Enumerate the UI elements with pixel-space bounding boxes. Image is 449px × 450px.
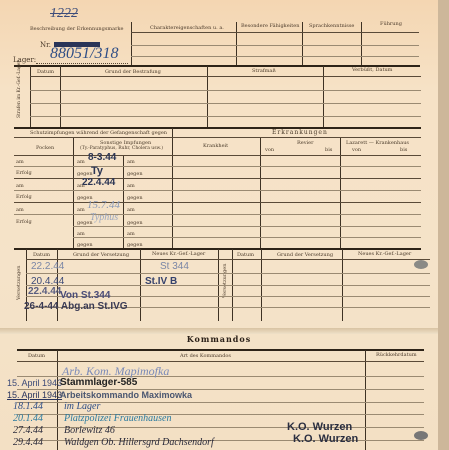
sonst-b-gegen-1: gegen	[127, 171, 143, 177]
strafen-side-label: Strafen im Kr.-Gef.-Lager	[17, 68, 23, 118]
erk-col-krankheit: Krankheit	[203, 143, 228, 149]
vers-right-col-grund: Grund der Versetzung	[277, 252, 333, 258]
kom-row-1-art: Stammlager-585	[60, 377, 137, 388]
strafen-col-datum: Datum	[37, 69, 54, 75]
vers-stamp-date: 22.4.44	[28, 286, 61, 297]
sonst-a-am-1: am	[77, 159, 85, 165]
kom-row-6-datum: 29.4.44	[13, 437, 43, 448]
pocken-am-2: am	[16, 183, 24, 189]
impf-stamp-date-1: 8-3.44	[88, 152, 116, 163]
vers-stamp-von: Von St.344	[60, 290, 110, 301]
impf-hand-date-3: 15.7.44	[87, 199, 120, 211]
erk-lazarett-von: von	[352, 147, 361, 153]
col-faehigkeiten: Besondere Fähigkeiten	[241, 23, 299, 29]
col-charakter: Charaktereigenschaften u. a.	[150, 25, 224, 31]
paper-edge	[438, 0, 449, 450]
kom-row-6-art: Waldgen Ob. Hillersgrd Dachsendorf	[64, 437, 214, 448]
sonst-b-am-2: am	[127, 183, 135, 189]
pocken-am-3: am	[16, 207, 24, 213]
sonst-a-am-3: am	[77, 207, 85, 213]
punch-hole	[414, 260, 428, 269]
impf-stamp-ty: Ty	[91, 165, 103, 177]
col-fuehrung: Führung	[380, 21, 402, 27]
vers-stamp-abgang: 26-4-44 Abg.an St.IVG	[24, 301, 128, 312]
strafen-col-grund: Grund der Bestrafung	[105, 69, 161, 75]
vers-datum-1: 22.2.44	[31, 261, 64, 272]
lager-dotted-line	[36, 63, 128, 64]
erk-revier-bis: bis	[325, 147, 332, 153]
vers-left-col-grund: Grund der Versetzung	[73, 252, 129, 258]
versetzungen-side-label-right: Versetzungen	[222, 264, 228, 299]
kom-row-2-art: Arbeitskommando Maximowka	[60, 390, 192, 400]
kom-col-rueckkehr: Rückkehrdatum	[376, 352, 417, 358]
vers-lager-2: St.IV B	[145, 276, 177, 287]
impfungen-title: Schutzimpfungen während der Gefangenscha…	[30, 130, 167, 136]
kommandos-title: Kommandos	[0, 334, 438, 344]
sonst-b-gegen-2: gegen	[127, 195, 143, 201]
kom-row-1-datum: 15. April 1943	[7, 378, 62, 388]
kom-row-5-art: Borlewitz 46	[64, 425, 115, 436]
kom-row-2-datum: 15. April 1943	[7, 390, 62, 400]
kom-row-4-datum: 20.1.44	[13, 413, 43, 424]
vers-left-col-lager: Neues Kr.-Gef.-Lager	[152, 251, 205, 257]
crossed-number: 1222	[50, 6, 78, 22]
kom-col-datum: Datum	[28, 353, 45, 359]
versetzungen-side-label-left: Versetzungen	[16, 266, 22, 301]
erkrankungen-title: Erkrankungen	[272, 129, 328, 136]
col-sprachen: Sprachkenntnisse	[309, 23, 354, 29]
vers-lager-1: St 344	[160, 261, 189, 272]
kom-row-4-art: Platzpolizei Frauenhausen	[64, 413, 172, 424]
erk-revier-von: von	[265, 147, 274, 153]
kom-row-5-datum: 27.4.44	[13, 425, 43, 436]
impf-stamp-date-2: 22.4.44	[82, 177, 115, 188]
pocken-erfolg-3: Erfolg	[16, 219, 32, 225]
erk-col-lazarett: Lazarett — Krankenhaus	[346, 140, 409, 146]
impf-col-sonstige-sub: (Ty.-Paratyphus, Ruhr, Cholera usw.)	[80, 146, 163, 151]
vers-right-col-datum: Datum	[237, 252, 254, 258]
document-page: 1222 Beschreibung der Erkennungsmarke Nr…	[0, 0, 438, 450]
sonst-b-am-1: am	[127, 159, 135, 165]
impf-hand-typhus: Typhus	[90, 212, 118, 223]
strafen-col-strafmass: Strafmaß	[252, 68, 276, 74]
pow-number: 88051/318	[50, 45, 118, 63]
vers-left-col-datum: Datum	[33, 252, 50, 258]
pocken-erfolg-2: Erfolg	[16, 194, 32, 200]
sonst-b-am-3: am	[127, 207, 135, 213]
ko-wurzen-stamp-1: K.O. Wurzen	[287, 421, 352, 433]
pocken-erfolg-1: Erfolg	[16, 170, 32, 176]
vers-right-col-lager: Neues Kr.-Gef.-Lager	[358, 251, 411, 257]
kom-row-3-datum: 18.1.44	[13, 401, 43, 412]
kom-col-art: Art des Kommandos	[180, 353, 231, 359]
strafen-col-verbuesst: Verbüßt, Datum	[352, 67, 392, 73]
kom-row-3-art: im Lager	[64, 401, 100, 412]
pocken-am-1: am	[16, 159, 24, 165]
impf-col-pocken: Pocken	[36, 145, 54, 151]
erk-col-revier: Revier	[297, 140, 314, 146]
punch-hole-bottom	[414, 431, 428, 440]
ko-wurzen-stamp-2: K.O. Wurzen	[293, 433, 358, 445]
erk-lazarett-bis: bis	[400, 147, 407, 153]
label-description: Beschreibung der Erkennungsmarke	[30, 26, 124, 32]
